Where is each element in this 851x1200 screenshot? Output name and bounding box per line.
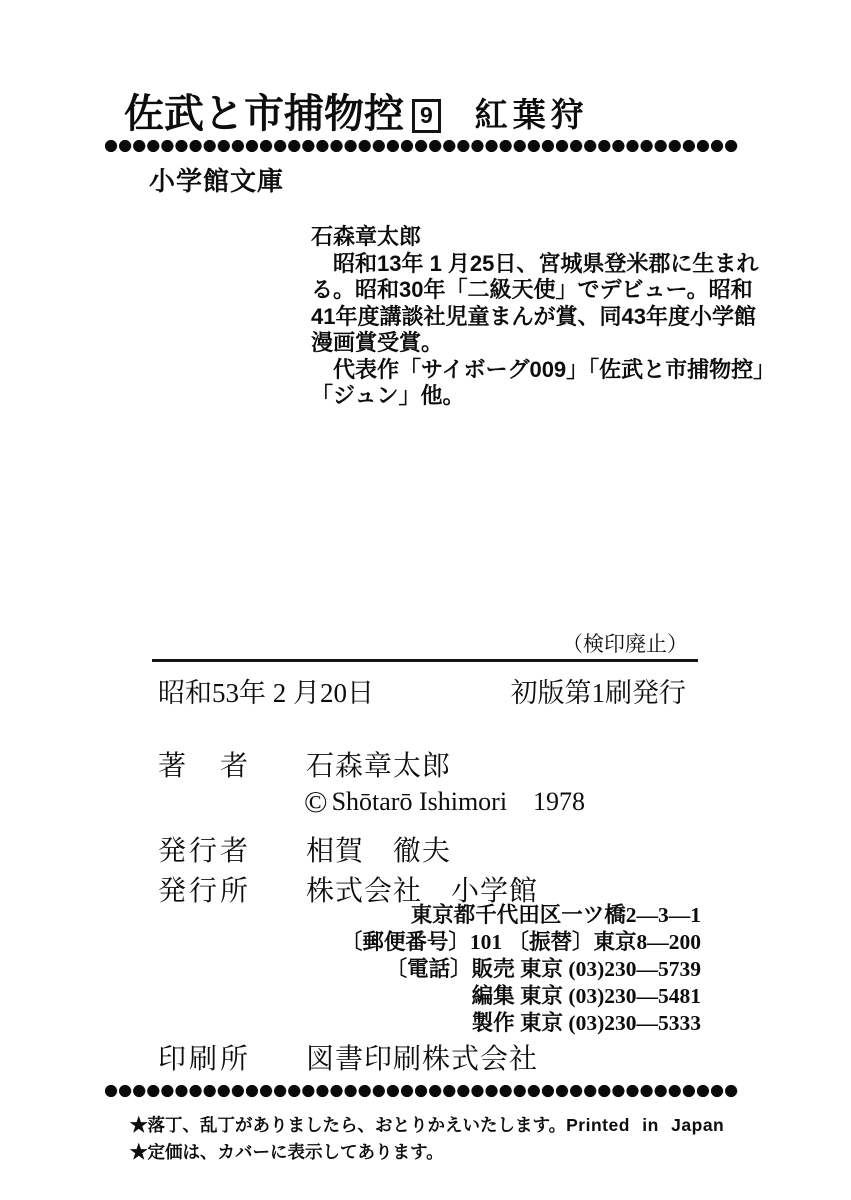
printer-name: 図書印刷株式会社 xyxy=(306,1044,538,1075)
publisher-row: 発行者相賀 徹夫 xyxy=(158,829,451,869)
footer-line-1: ★落丁、乱丁がありましたら、おとりかえいたします。 Printed in Jap… xyxy=(130,1112,702,1139)
publisher-address: 東京都千代田区一ツ橋2—3—1 〔郵便番号〕101 〔振替〕東京8—200 〔電… xyxy=(341,902,701,1037)
bio-line: 41年度講談社児童まんが賞、同43年度小学館 xyxy=(311,304,759,331)
bio-line: 漫画賞受賞。 xyxy=(311,330,759,357)
dotted-divider-bottom xyxy=(104,1084,738,1098)
imprint-label: 小学館文庫 xyxy=(149,161,284,198)
page-footer: ★落丁、乱丁がありましたら、おとりかえいたします。 Printed in Jap… xyxy=(130,1112,702,1166)
address-line: 製作 東京 (03)230—5333 xyxy=(341,1010,701,1037)
subtitle: 紅葉狩 xyxy=(475,96,589,133)
volume-number-box: 9 xyxy=(412,99,441,133)
copyright-line: ©Shōtarō Ishimori 1978 xyxy=(304,781,585,820)
footer-note-returns: ★落丁、乱丁がありましたら、おとりかえいたします。 xyxy=(130,1112,566,1139)
publisher-name: 相賀 徹夫 xyxy=(306,836,451,867)
footer-note-price: ★定価は、カバーに表示してあります。 xyxy=(130,1139,702,1166)
bio-line: 昭和13年 1 月25日、宮城県登米郡に生まれ xyxy=(311,251,759,278)
dotted-divider-top xyxy=(104,139,738,153)
author-row: 著 者石森章太郎 xyxy=(158,744,451,784)
address-line: 東京都千代田区一ツ橋2—3—1 xyxy=(341,902,701,929)
author-bio-name: 石森章太郎 xyxy=(311,224,759,251)
copyright-text: Shōtarō Ishimori 1978 xyxy=(332,787,586,816)
bio-line: 「ジュン」他。 xyxy=(311,383,759,410)
colophon-page: 佐武と市捕物控9紅葉狩 小学館文庫 石森章太郎 昭和13年 1 月25日、宮城県… xyxy=(0,0,851,1200)
author-name-value: 石森章太郎 xyxy=(306,751,451,782)
publication-date-row: 昭和53年 2 月20日 初版第1刷発行 xyxy=(158,671,686,710)
address-line: 〔電話〕販売 東京 (03)230—5739 xyxy=(341,956,701,983)
author-label: 著 者 xyxy=(158,744,306,784)
printer-label: 印刷所 xyxy=(158,1037,306,1077)
publisher-label: 発行者 xyxy=(158,829,306,869)
edition-info: 初版第1刷発行 xyxy=(511,671,687,710)
divider-rule xyxy=(152,659,698,662)
stamp-abolished-note: （検印廃止） xyxy=(562,628,688,658)
series-title: 佐武と市捕物控 xyxy=(124,92,404,136)
printed-in-japan: Printed in Japan xyxy=(566,1112,724,1139)
address-line: 〔郵便番号〕101 〔振替〕東京8—200 xyxy=(341,929,701,956)
author-bio: 石森章太郎 昭和13年 1 月25日、宮城県登米郡に生まれ る。昭和30年「二級… xyxy=(311,224,759,410)
address-line: 編集 東京 (03)230—5481 xyxy=(341,983,701,1010)
book-title: 佐武と市捕物控9紅葉狩 xyxy=(124,82,589,139)
copyright-symbol: © xyxy=(304,784,328,819)
publishing-house-label: 発行所 xyxy=(158,869,306,909)
bio-line: 代表作「サイボーグ009」「佐武と市捕物控」 xyxy=(311,357,759,384)
publication-date: 昭和53年 2 月20日 xyxy=(158,671,374,710)
bio-line: る。昭和30年「二級天使」でデビュー。昭和 xyxy=(311,277,759,304)
printer-row: 印刷所図書印刷株式会社 xyxy=(158,1037,538,1077)
